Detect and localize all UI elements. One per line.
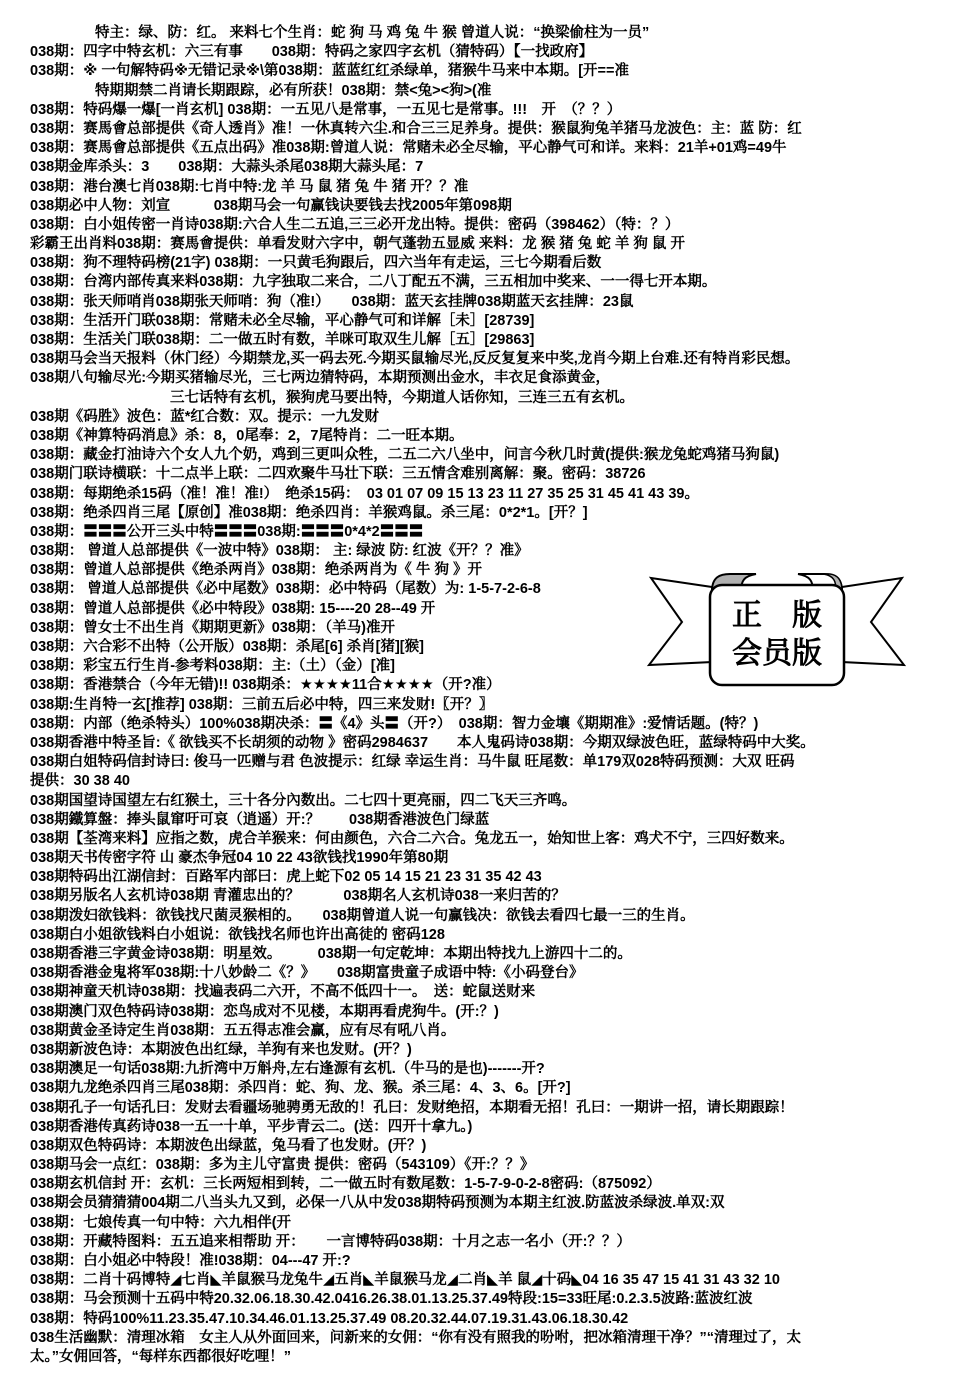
text-line: 038期：台湾内部传真来料038期：九字独取二来合，二八丁配五不满，三五相加中奖…: [30, 273, 948, 292]
text-line: 038期：二肖十码博特◢七肖◣羊鼠猴马龙兔牛◢五肖◣羊鼠猴马龙◢二肖◣羊 鼠◢十…: [30, 1271, 948, 1290]
text-line: 038期：藏金打油诗六个女人九个奶，鸡到三更叫众牲，二五二六八坐中，问言今秋几时…: [30, 446, 948, 465]
text-line: 038期：特码100%11.23.35.47.10.34.46.01.13.25…: [30, 1310, 948, 1329]
text-line: 038期必中人物：刘宣 038期马会一句赢钱诀要钱去找2005年第098期: [30, 197, 948, 216]
text-line: 038期：七娘传真一句中特：六九相伴(开: [30, 1214, 948, 1233]
text-line: 038期《码胜》波色：蓝*红合数：双。提示：一九发财: [30, 408, 948, 427]
text-line: 038期：赛馬會总部提供《五点出码》准038期:曾道人说：常赌未必全尽输，平心静…: [30, 139, 948, 158]
genuine-member-badge: 正 版 会员版: [646, 568, 908, 692]
text-line: 038期孔子一句话孔曰：发财去看疆场驰骋勇无敌的！孔曰：发财绝招，本期看无招！孔…: [30, 1099, 948, 1118]
text-line: 特主：绿、防：红。 来料七个生肖：蛇 狗 马 鸡 兔 牛 猴 曾道人说：“换梁偷…: [30, 24, 948, 43]
text-line: 彩霸王出肖料038期：赛馬會提供：单看发财六字中，朝气蓬勃五显威 来料：龙 猴 …: [30, 235, 948, 254]
text-line: 038期澳足一句话038期:九折湾中万斛舟,左右逢源有玄机.（牛马的是也)---…: [30, 1060, 948, 1079]
text-line: 038期香港三字黄金诗038期：明星效。 038期一句定乾坤：本期出特找九上游四…: [30, 945, 948, 964]
text-line: 提供：30 38 40: [30, 772, 948, 791]
badge-line-1: 正 版: [732, 599, 822, 632]
text-line: 038期白小姐欲钱料白小姐说：欲钱找名师也许出高徒的 密码128: [30, 926, 948, 945]
text-lines: 特主：绿、防：红。 来料七个生肖：蛇 狗 马 鸡 兔 牛 猴 曾道人说：“换梁偷…: [30, 24, 948, 1367]
badge-line-2: 会员版: [732, 637, 822, 670]
text-line: 038期另版名人玄机诗038期 青灌忠出的？ 038期名人玄机诗038一来归苦的…: [30, 887, 948, 906]
text-line: 038期新波色诗：本期波色出红绿，羊狗有来也发财。(开？): [30, 1041, 948, 1060]
text-line: 038生活幽默：清理冰箱 女主人从外面回来，问新来的女佣：“你有没有照我的吩咐，…: [30, 1329, 948, 1348]
text-line: 038期国望诗国望左右红猴土，三十各分內数出。二七四十更亮丽，四二飞天三齐鸣。: [30, 792, 948, 811]
text-line: 038期：张天师哨肖038期张天师哨：狗（准!） 038期：蓝天玄挂牌038期蓝…: [30, 293, 948, 312]
text-line: 038期：绝杀四肖三尾【原创】准038期：绝杀四肖：羊猴鸡鼠。杀三尾：0*2*1…: [30, 504, 948, 523]
text-line: 三七话特有玄机，猴狗虎马要出特，今期道人话你知，三连三五有玄机。: [30, 389, 948, 408]
text-line: 038期《神算特码消息》杀：8，0尾奉：2，7尾特肖：二一旺本期。: [30, 427, 948, 446]
text-line: 038期香港中特圣旨:《 欲钱买不长胡须的动物 》密码2984637 本人鬼码诗…: [30, 734, 948, 753]
text-line: 038期：白小姐必中特段！准!038期：04---47 开:?: [30, 1252, 948, 1271]
text-line: 038期澳门双色特码诗038期：恋鸟成对不见楼，本期再看虎狗牛。(开:？): [30, 1003, 948, 1022]
text-line: 038期门联诗横联：十二点半上联：二四欢聚牛马壮下联：三五情含难别离解：聚。密码…: [30, 465, 948, 484]
text-line: 038期：生活关门联038期：二一做五时有数，羊咪可取双生儿解［五］[29863…: [30, 331, 948, 350]
text-line: 特期期禁二肖请长期跟踪，必有所获！038期：禁<兔><狗>(准: [30, 82, 948, 101]
text-line: 038期马会当天报料（休门经）今期禁龙,买一码去死.今期买鼠输尽光,反反复复来中…: [30, 350, 948, 369]
ribbon-tail-right-shape: [842, 578, 904, 665]
text-line: 038期香港金鬼将军038期:十八妙龄二《？》 038期富贵童子成语中特:《小码…: [30, 964, 948, 983]
text-line: 038期：生活开门联038期：常赌未必全尽输，平心静气可和详解［未］[28739…: [30, 312, 948, 331]
text-line: 038期【荃湾来料】应指之数，虎合羊猴来：何由颜色，六合二六合。兔龙五一，始知世…: [30, 830, 948, 849]
text-line: 038期：每期绝杀15码（准！准！准!） 绝杀15码： 03 01 07 09 …: [30, 485, 948, 504]
text-line: 038期：※ 一句解特码※无错记录※\第038期：蓝蓝红红杀绿单，猪猴牛马来中本…: [30, 62, 948, 81]
text-line: 038期：四字中特玄机：六三有事 038期：特码之家四字玄机（猜特码）【一找政府…: [30, 43, 948, 62]
text-line: 038期八句输尽光:今期买猪输尽光，三七两边猜特码，本期预测出金水，丰衣足食添黄…: [30, 369, 948, 388]
text-line: 038期金库杀头：3 038期：大蒜头杀尾038期大蒜头尾：7: [30, 158, 948, 177]
text-line: 038期：白小姐传密一肖诗038期:六合人生二五追,三三必开龙出特。提供：密码（…: [30, 216, 948, 235]
text-line: 038期:生肖特一玄[推荐] 038期：三前五后必中特，四三来发财!〖开？〗: [30, 696, 948, 715]
text-line: 038期天书传密字符 山 豪杰争冠04 10 22 43欲钱找1990年第80期: [30, 849, 948, 868]
ribbon-tail-left-shape: [649, 578, 712, 665]
text-line: 太。”女佣回答，“每样东西都很好吃哩！”: [30, 1348, 948, 1367]
text-line: 038期黄金圣诗定生肖038期：五五得志准会赢，应有尽有吼八肖。: [30, 1022, 948, 1041]
text-line: 038期：内部（绝杀特头）100%038期决杀：〓《4》头〓（开?） 038期：…: [30, 715, 948, 734]
text-line: 038期：港台澳七肖038期:七肖中特:龙 羊 马 鼠 猪 兔 牛 猪 开？？准: [30, 178, 948, 197]
text-line: 038期：赛馬會总部提供《奇人透肖》准！一休真转六尘.和合三三足养身。提供：猴鼠…: [30, 120, 948, 139]
text-line: 038期：狗不理特码榜(21字) 038期：一只黄毛狗跟后，四六当年有走运，三七…: [30, 254, 948, 273]
text-line: 038期： 曾道人总部提供《一波中特》038期： 主: 绿波 防: 红波《开？？…: [30, 542, 948, 561]
text-line: 038期鐵算盤：捧头鼠窜吁可哀（逍遥）开:？ 038期香港波色门绿蓝: [30, 811, 948, 830]
text-line: 038期：特码爆一爆[一肖玄机] 038期：一五见八是常事，一五见七是常事。!!…: [30, 101, 948, 120]
text-line: 038期：马会预测十五码中特20.32.06.18.30.42.0416.26.…: [30, 1290, 948, 1309]
text-line: 038期白姐特码信封诗曰: 俊马一匹赠与君 色波提示：红绿 幸运生肖：马牛鼠 旺…: [30, 753, 948, 772]
text-line: 038期九龙绝杀四肖三尾038期：杀四肖：蛇、狗、龙、猴。杀三尾：4、3、6。[…: [30, 1079, 948, 1098]
text-line: 038期泼妇欲钱料：欲钱找尺菌灵猴相的。 038期曾道人说一句赢钱决：欲钱去看四…: [30, 907, 948, 926]
text-line: 038期马会一点红：038期：多为主儿守富贵 提供：密码（543109）《开:？…: [30, 1156, 948, 1175]
text-line: 038期神童天机诗038期：找遍表码二六开，不高不低四十一。 送：蛇鼠送财来: [30, 983, 948, 1002]
text-line: 038期香港传真药诗038一五一十单，平步青云二。(送：四开十拿九。): [30, 1118, 948, 1137]
text-line: 038期特码出江湖信封：百路军内部曰：虎上蛇下02 05 14 15 21 23…: [30, 868, 948, 887]
text-line: 038期玄机信封 开：玄机：三长两短相到转，二一做五时有数尾数：1-5-7-9-…: [30, 1175, 948, 1194]
text-line: 038期：开藏特图料：五五追来相帮助 开： 一言博特码038期：十月之志一名小（…: [30, 1233, 948, 1252]
text-line: 038期：〓〓〓公开三头中特〓〓〓038期:〓〓〓0*4*2〓〓〓: [30, 523, 948, 542]
text-line: 038期双色特码诗：本期波色出绿蓝，兔马看了也发财。(开？): [30, 1137, 948, 1156]
text-line: 038期会员猜猜猜004期二八当头九又到，必保一八从中发038期特码预测为本期主…: [30, 1194, 948, 1213]
